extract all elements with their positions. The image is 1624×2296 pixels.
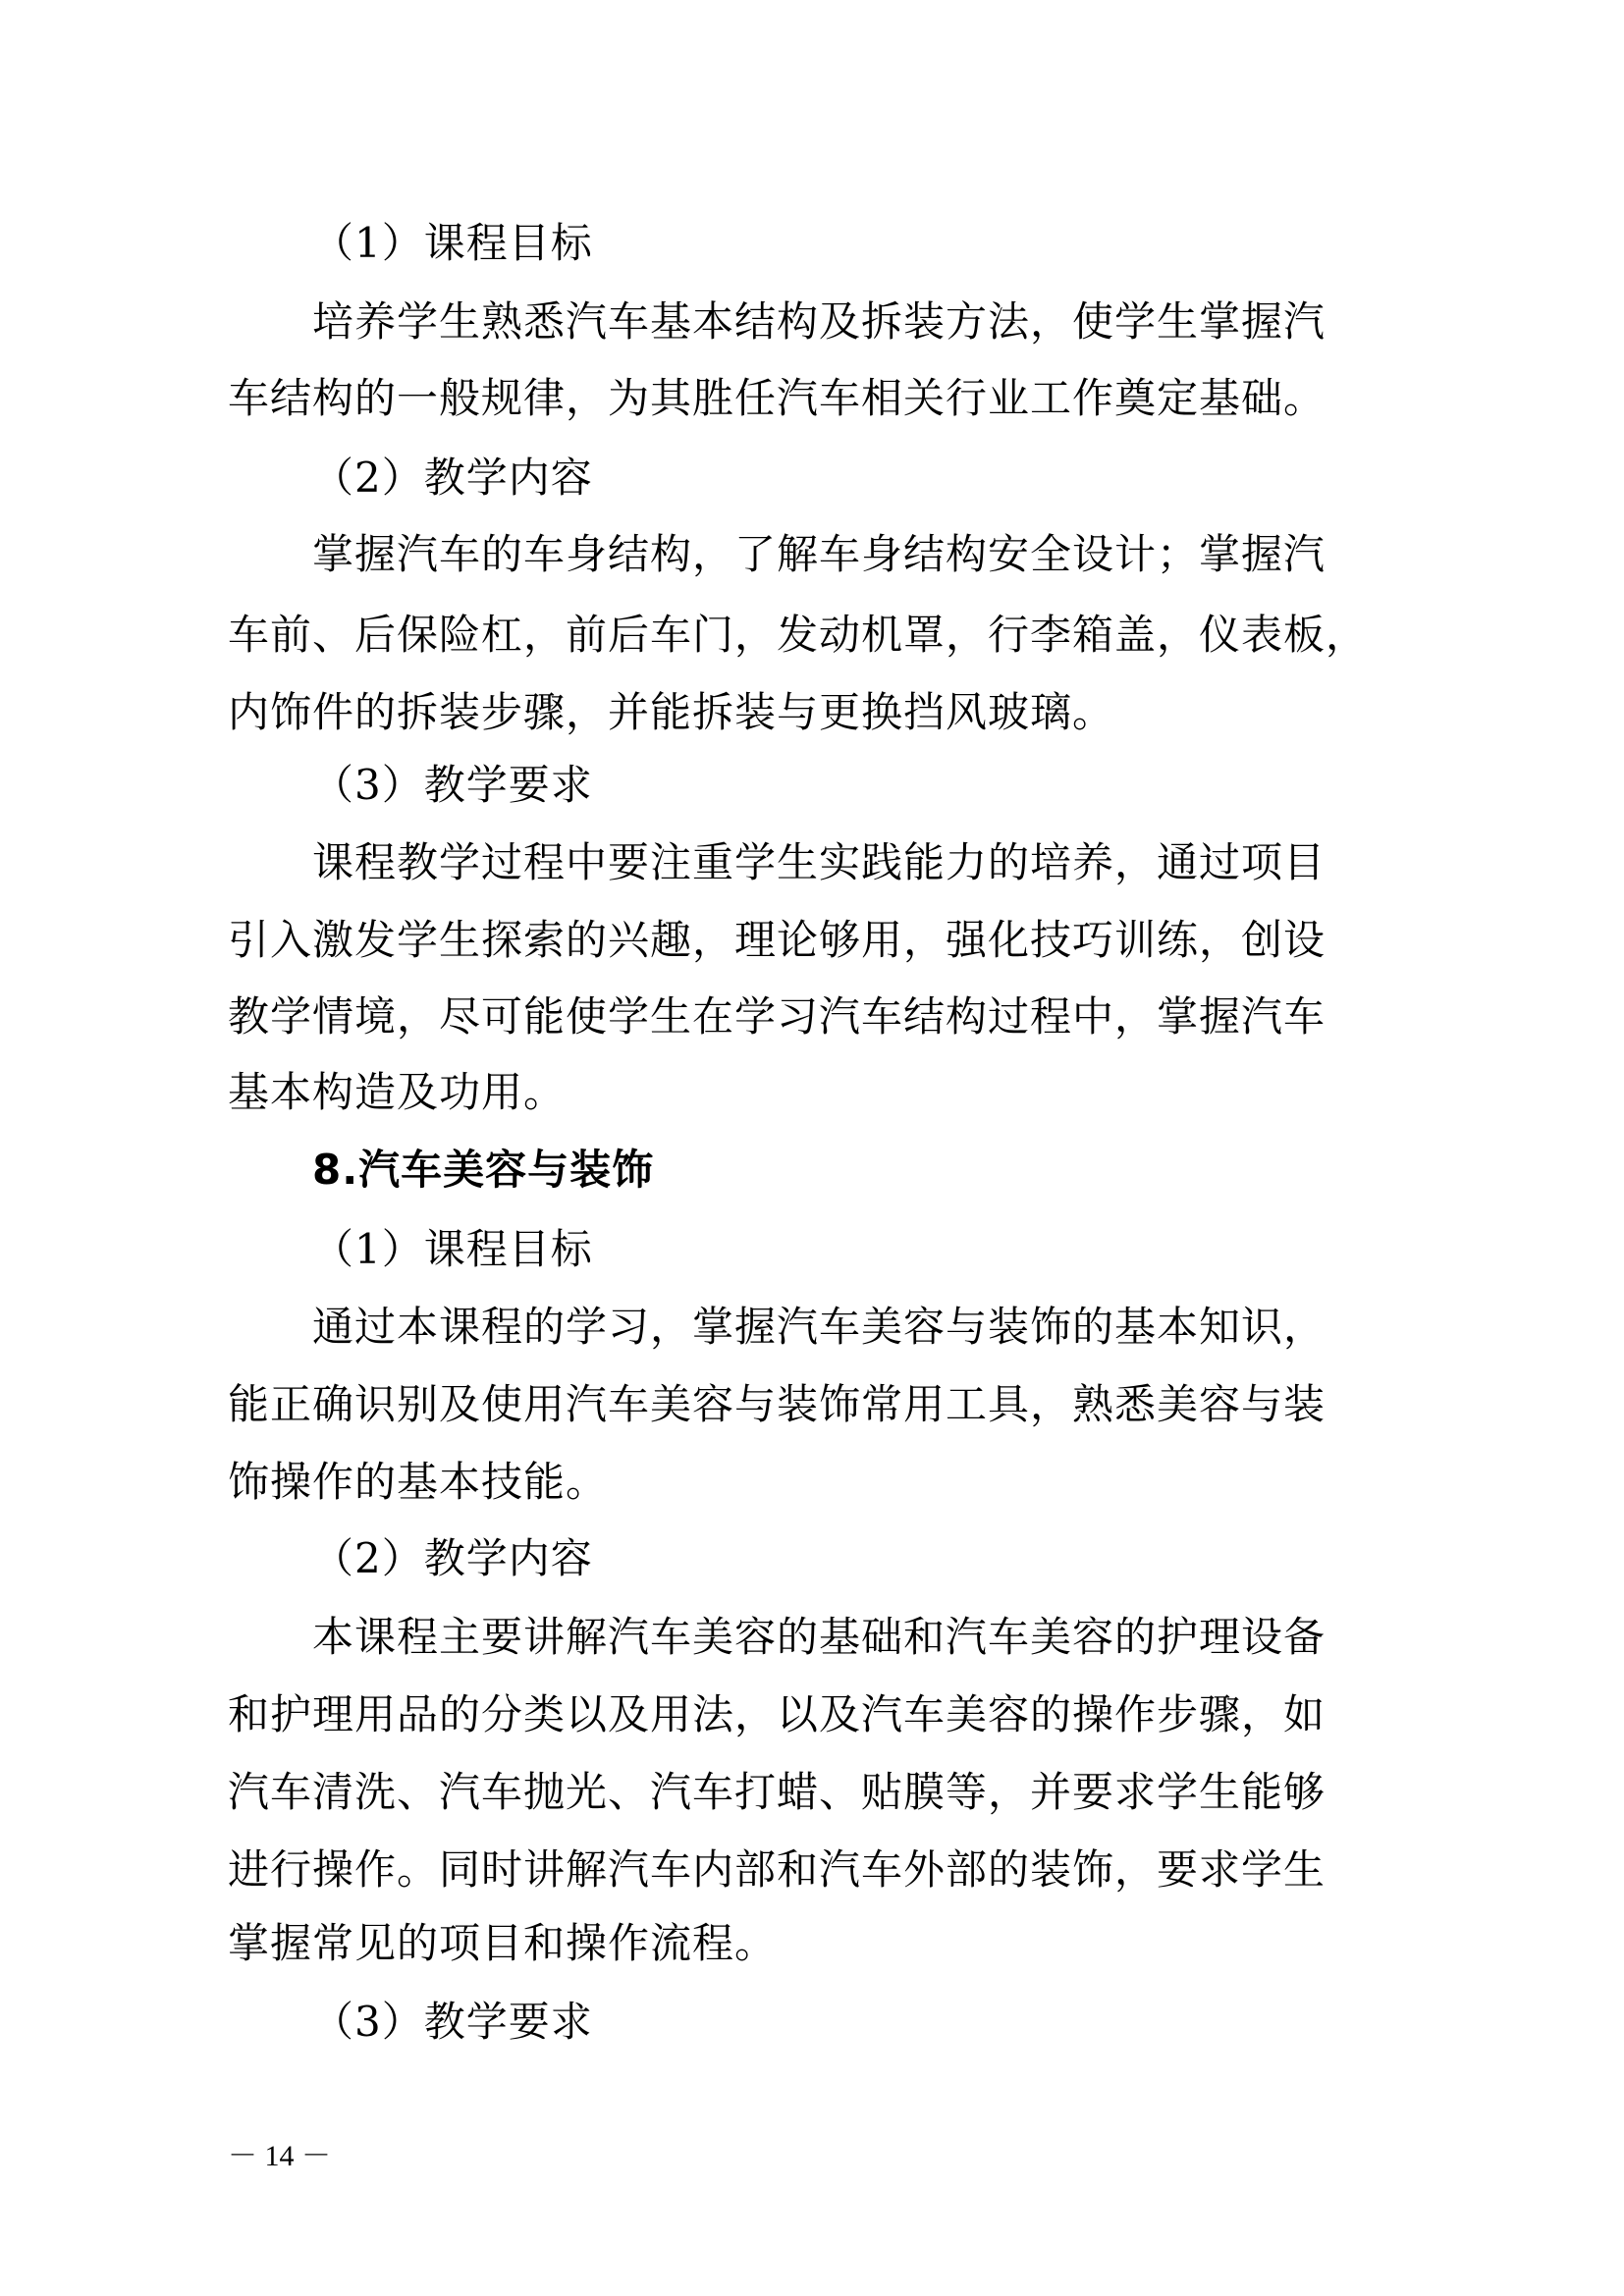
paragraph-line: 通过本课程的学习，掌握汽车美容与装饰的基本知识，	[312, 1298, 1461, 1357]
paragraph-line: 培养学生熟悉汽车基本结构及拆装方法，使学生掌握汽	[312, 293, 1461, 351]
paragraph-line: 车前、后保险杠，前后车门，发动机罩，行李箱盖，仪表板，	[228, 606, 1377, 665]
paragraph-line: 能正确识别及使用汽车美容与装饰常用工具，熟悉美容与装	[228, 1375, 1377, 1434]
paragraph-line: 引入激发学生探索的兴趣，理论够用，强化技巧训练，创设	[228, 911, 1377, 970]
paragraph-line: 本课程主要讲解汽车美容的基础和汽车美容的护理设备	[312, 1608, 1461, 1667]
subheading-teaching-content: （2）教学内容	[312, 1529, 1461, 1588]
subheading-teaching-content: （2）教学内容	[312, 449, 1461, 507]
page-number: － 14 －	[228, 2137, 331, 2176]
paragraph-line: 汽车清洗、汽车抛光、汽车打蜡、贴膜等，并要求学生能够	[228, 1763, 1377, 1822]
section-heading: 8.汽车美容与装饰	[312, 1141, 1461, 1200]
paragraph-line: 内饰件的拆装步骤，并能拆装与更换挡风玻璃。	[228, 683, 1377, 742]
paragraph-line: 掌握汽车的车身结构，了解车身结构安全设计；掌握汽	[312, 525, 1461, 584]
paragraph-line: 基本构造及功用。	[228, 1063, 1377, 1122]
paragraph-line: 教学情境，尽可能使学生在学习汽车结构过程中，掌握汽车	[228, 988, 1377, 1046]
paragraph-line: 课程教学过程中要注重学生实践能力的培养，通过项目	[312, 833, 1461, 892]
subheading-course-objective: （1）课程目标	[312, 1220, 1461, 1279]
paragraph-line: 车结构的一般规律，为其胜任汽车相关行业工作奠定基础。	[228, 369, 1377, 428]
subheading-teaching-requirements: （3）教学要求	[312, 756, 1461, 815]
subheading-course-objective: （1）课程目标	[312, 214, 1461, 273]
paragraph-line: 掌握常见的项目和操作流程。	[228, 1914, 1377, 1973]
paragraph-line: 进行操作。同时讲解汽车内部和汽车外部的装饰，要求学生	[228, 1841, 1377, 1899]
paragraph-line: 饰操作的基本技能。	[228, 1453, 1377, 1512]
paragraph-line: 和护理用品的分类以及用法，以及汽车美容的操作步骤，如	[228, 1685, 1377, 1744]
document-page: （1）课程目标 培养学生熟悉汽车基本结构及拆装方法，使学生掌握汽 车结构的一般规…	[0, 0, 1624, 2296]
subheading-teaching-requirements: （3）教学要求	[312, 1993, 1461, 2052]
